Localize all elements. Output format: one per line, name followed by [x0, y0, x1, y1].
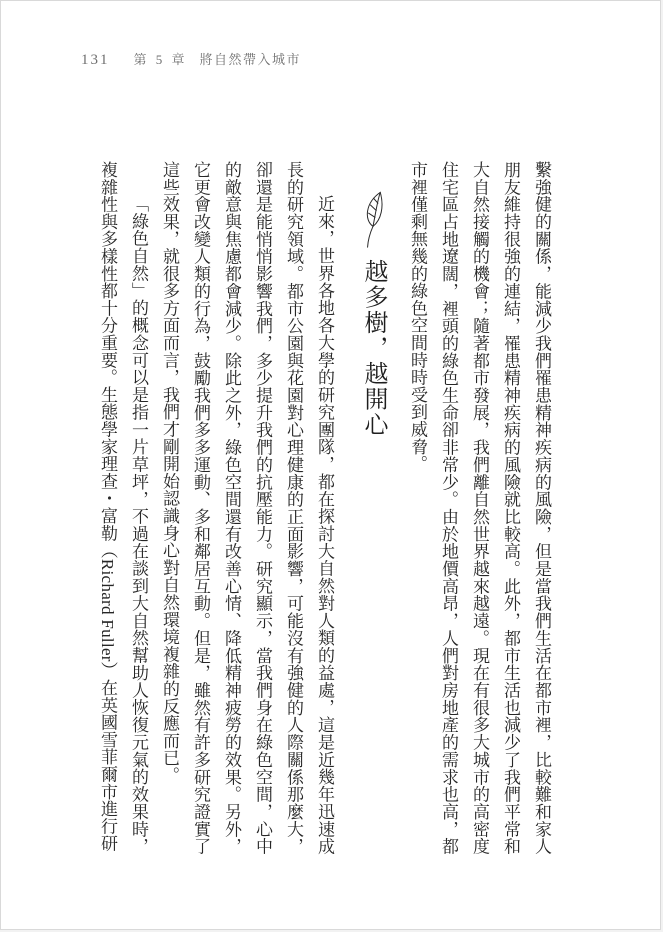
- chapter-number: 第 5 章: [134, 49, 188, 68]
- paragraph: 「綠色自然」的概念可以是指一片草坪，不過在談到大自然幫助人恢復元氣的效果時，複雜…: [92, 161, 154, 855]
- page-number: 131: [81, 52, 110, 69]
- body-text: 繫強健的關係，能減少我們罹患精神疾病的風險，但是當我們生活在都市裡，比較難和家人…: [92, 161, 557, 855]
- leaf-icon: [361, 191, 385, 249]
- paragraph-continuation: 繫強健的關係，能減少我們罹患精神疾病的風險，但是當我們生活在都市裡，比較難和家人…: [402, 161, 557, 855]
- book-page: 131 第 5 章 將自然帶入城市 繫強健的關係，能減少我們罹患精神疾病的風險，…: [0, 0, 661, 930]
- running-head: 131 第 5 章 將自然帶入城市: [81, 49, 301, 69]
- chapter-title: 將自然帶入城市: [200, 49, 302, 68]
- paragraph: 近來，世界各地各大學的研究團隊，都在探討大自然對人類的益處，這是近幾年迅速成長的…: [154, 161, 340, 855]
- section-heading: 越多樹，越開心: [356, 191, 390, 855]
- section-heading-text: 越多樹，越開心: [360, 259, 386, 438]
